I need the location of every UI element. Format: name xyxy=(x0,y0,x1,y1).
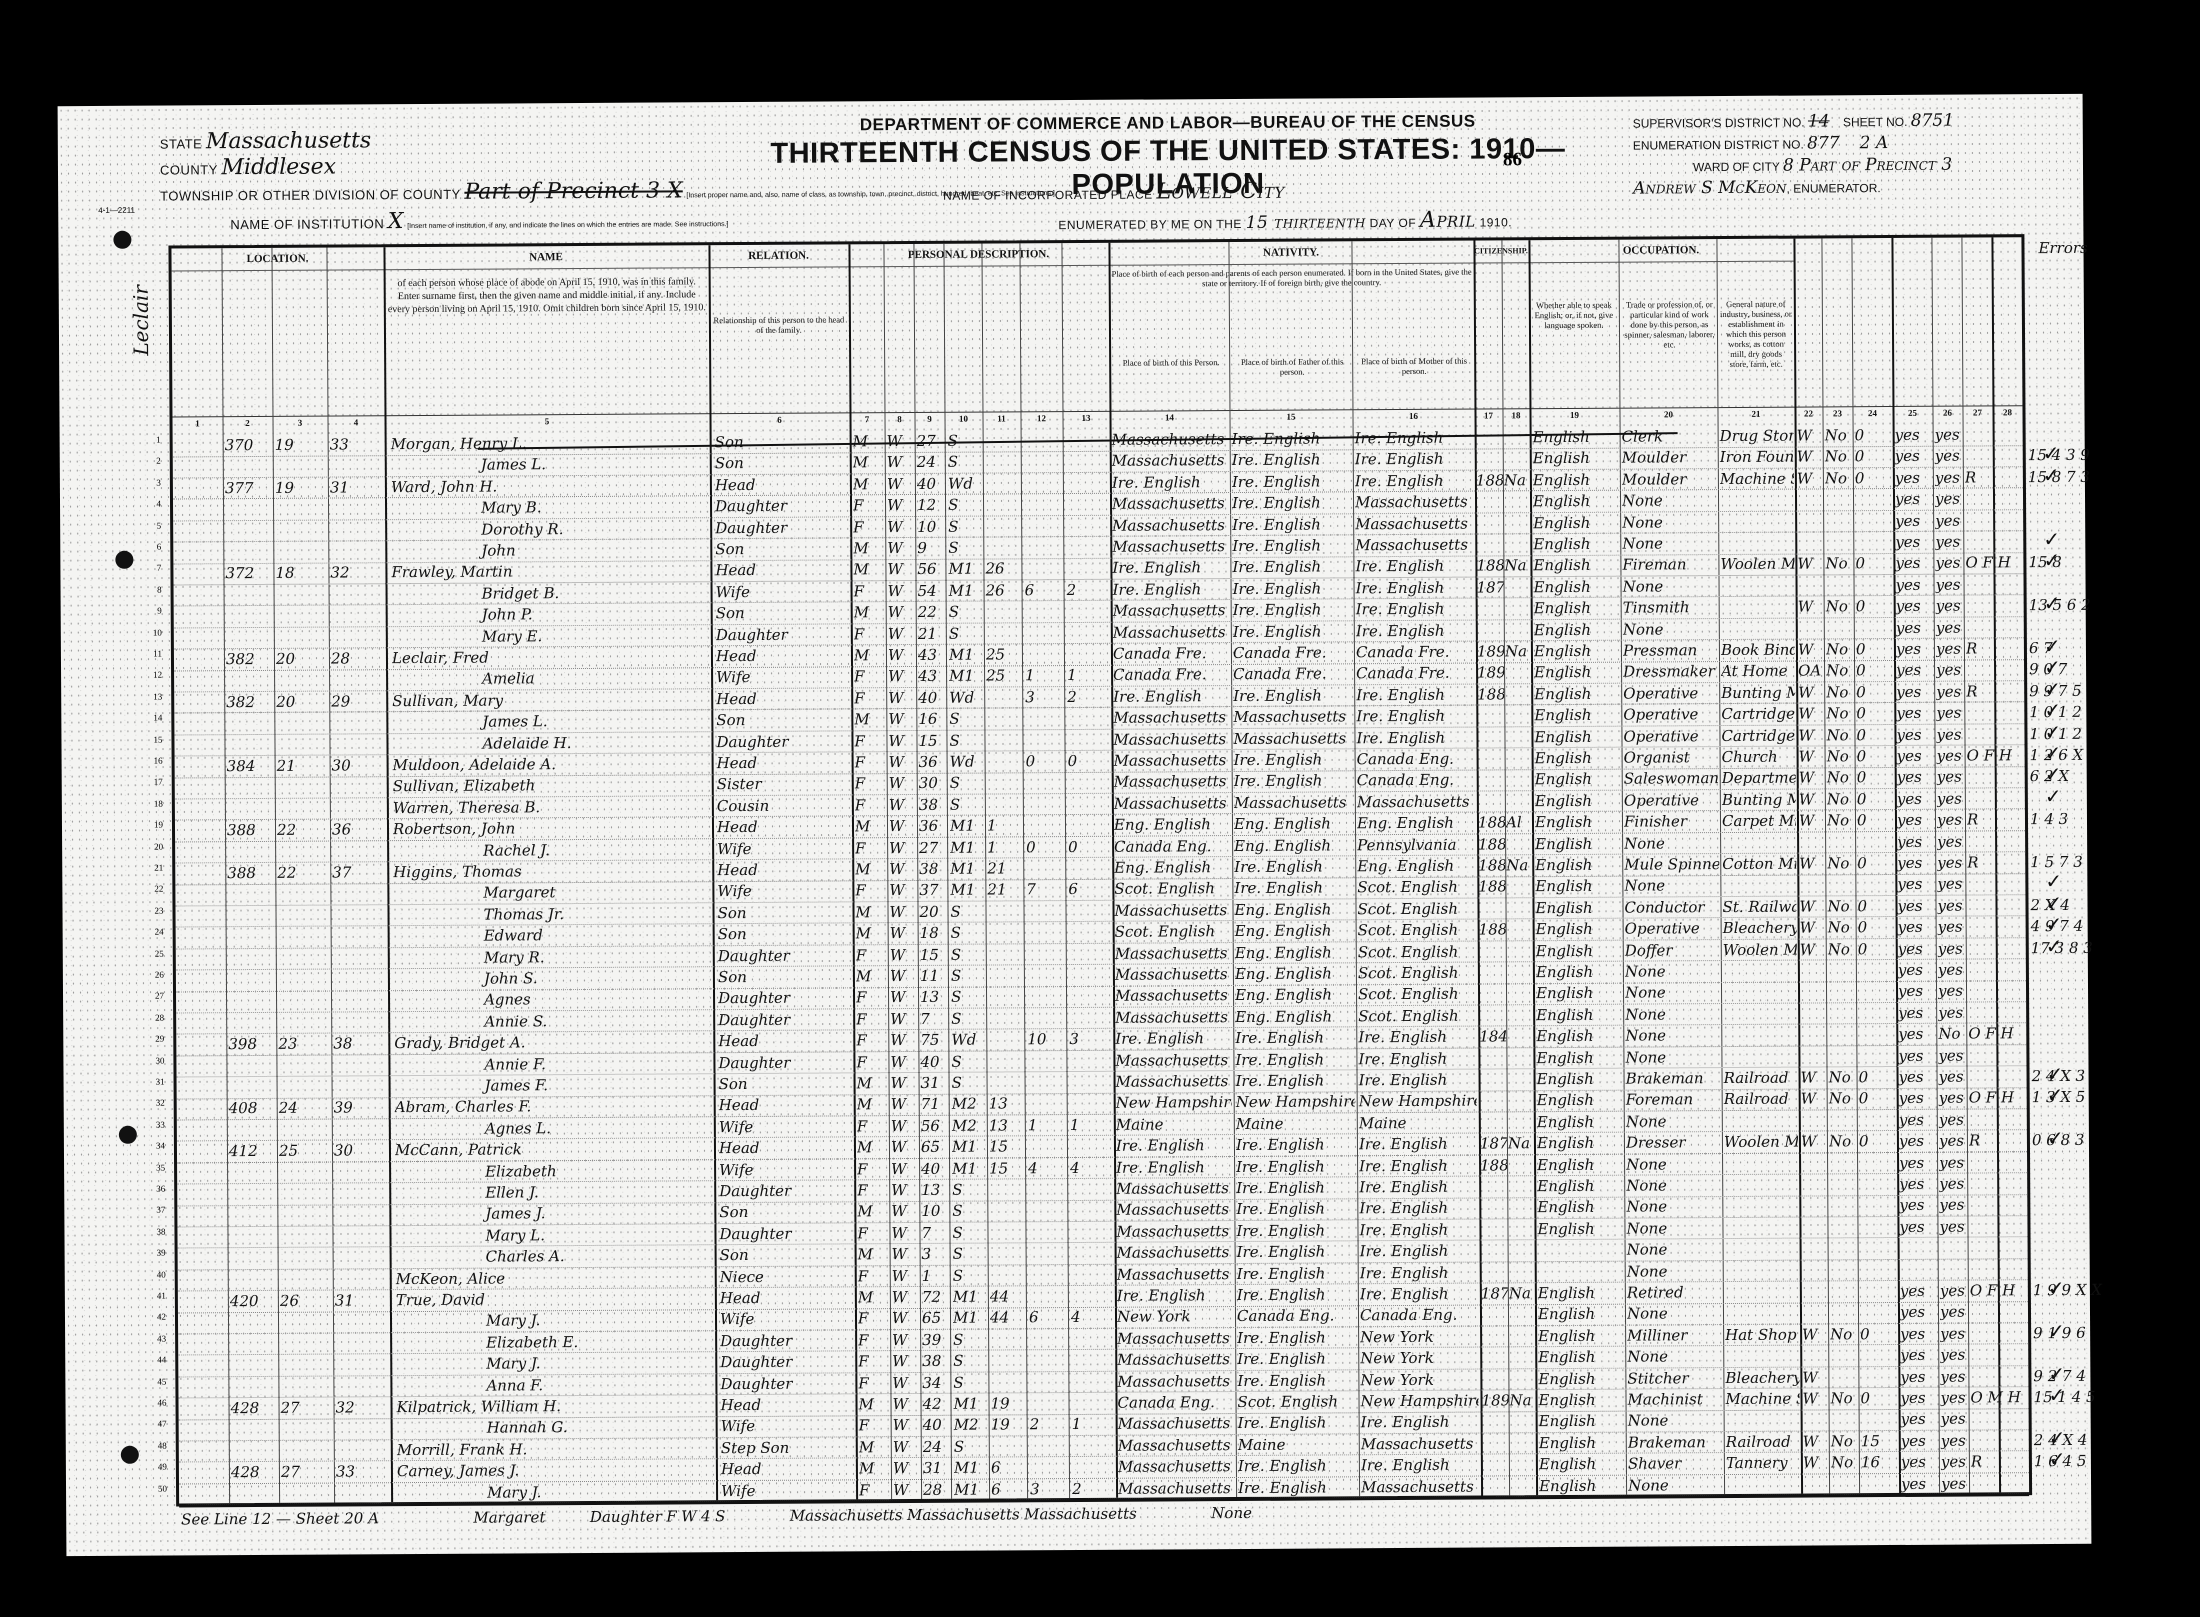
cell-own xyxy=(1966,659,2026,680)
cell-race: W xyxy=(887,558,913,579)
cell-emp: W xyxy=(1802,1323,1826,1344)
cell-rel: Head xyxy=(715,473,847,495)
cell-pob: Massachusetts xyxy=(1113,728,1229,750)
cell-read: yes xyxy=(1896,616,1932,637)
cell-sex: M xyxy=(855,815,885,836)
cell-sex: F xyxy=(855,794,885,815)
cell-race: W xyxy=(889,772,915,793)
cell-pob: Massachusetts xyxy=(1118,1477,1234,1499)
cell-ms: S xyxy=(949,622,982,643)
section-relation: RELATION. xyxy=(708,244,848,268)
cell-age: 9 xyxy=(917,537,943,558)
footer-extra-pob-father: Massachusetts xyxy=(907,1505,1020,1524)
cell-ms: S xyxy=(953,1371,986,1392)
cell-sex: F xyxy=(857,1115,887,1136)
cell-oow: No xyxy=(1827,788,1853,809)
cell-yrs: 1 xyxy=(987,836,1021,857)
cell-fam-b xyxy=(334,1182,386,1203)
footer-reference: See Line 12 — Sheet 20 A xyxy=(181,1509,379,1528)
line-number: 12 xyxy=(142,670,162,680)
cell-pob-m: Massachusetts xyxy=(1355,534,1473,556)
cell-sex: F xyxy=(858,1372,888,1393)
cell-ms: M1 xyxy=(952,1136,985,1157)
cell-race: W xyxy=(888,601,914,622)
cell-industry xyxy=(1724,1109,1798,1130)
cell-living: 1 xyxy=(1072,1413,1112,1434)
cell-fam-b xyxy=(331,626,383,647)
column-number: 10 xyxy=(944,414,982,428)
cell-living: 2 xyxy=(1066,579,1106,600)
cell-born xyxy=(1024,472,1060,493)
cell-rel: Daughter xyxy=(719,1179,851,1201)
cell-lang: English xyxy=(1536,982,1622,1004)
cell-codes: 1 4 3 xyxy=(2030,808,2140,830)
cell-read xyxy=(1900,1237,1936,1258)
cell-yrs xyxy=(990,1264,1024,1285)
cell-pob-m: Ire. English xyxy=(1355,576,1473,598)
cell-age: 27 xyxy=(919,836,945,857)
cell-race: W xyxy=(893,1436,919,1457)
column-number: 11 xyxy=(982,413,1020,427)
cell-pob-f: Ire. English xyxy=(1232,449,1351,471)
cell-lang: English xyxy=(1537,1110,1623,1132)
cell-yrs xyxy=(985,494,1019,515)
cell-write: yes xyxy=(1935,445,1963,466)
cell-dwell xyxy=(227,798,273,819)
cell-industry xyxy=(1721,617,1795,638)
cell-weeks xyxy=(1855,510,1891,531)
cell-codes xyxy=(2032,1193,2142,1215)
cell-sex: F xyxy=(858,1350,888,1371)
cell-sex: F xyxy=(854,730,884,751)
column-number: 1 xyxy=(173,418,223,432)
cell-ms: S xyxy=(951,1007,984,1028)
cell-pob-m: Canada Eng. xyxy=(1357,748,1475,770)
cell-nat xyxy=(1508,1090,1533,1111)
cell-emp xyxy=(1801,1216,1825,1237)
cell-read: yes xyxy=(1899,1109,1935,1130)
cell-living: 1 xyxy=(1070,1114,1110,1135)
cell-lang: English xyxy=(1535,768,1621,790)
cell-weeks xyxy=(1860,1366,1896,1387)
cell-oow xyxy=(1828,1023,1854,1044)
cell-weeks xyxy=(1859,1173,1895,1194)
cell-trade: None xyxy=(1626,1110,1721,1132)
cell-fam-a xyxy=(277,797,327,818)
cell-fam-a: 27 xyxy=(280,1397,330,1418)
cell-age: 36 xyxy=(919,751,945,772)
footer-extra-status: S xyxy=(715,1507,725,1525)
cell-own: O F H xyxy=(1968,1022,2028,1043)
header-right: SUPERVISOR'S DISTRICT NO. 14 SHEET NO. 8… xyxy=(1633,111,1955,201)
column-number: 3 xyxy=(272,418,327,432)
cell-trade: None xyxy=(1625,1003,1720,1025)
cell-yrs xyxy=(986,708,1020,729)
cell-pob: Massachusetts xyxy=(1114,770,1230,792)
cell-yrs: 21 xyxy=(987,857,1021,878)
cell-write: yes xyxy=(1940,1322,1968,1343)
cell-sex: M xyxy=(854,644,884,665)
cell-weeks: 0 xyxy=(1857,788,1893,809)
cell-weeks: 0 xyxy=(1856,659,1892,680)
cell-pob-m: Ire. English xyxy=(1361,1454,1479,1476)
cell-pob-m: Scot. English xyxy=(1357,897,1475,919)
state-label: STATE xyxy=(160,136,203,151)
cell-pob: New Hampshire xyxy=(1116,1091,1232,1113)
cell-oow: No xyxy=(1830,1387,1856,1408)
cell-yrs: 19 xyxy=(991,1414,1025,1435)
cell-write xyxy=(1940,1258,1968,1279)
cell-living xyxy=(1069,964,1109,985)
cell-living xyxy=(1069,1007,1109,1028)
cell-nat: Na xyxy=(1504,469,1529,490)
cell-emp xyxy=(1802,1259,1826,1280)
cell-age: 24 xyxy=(923,1436,949,1457)
cell-pob-m: Ire. English xyxy=(1359,1218,1477,1240)
cell-race: W xyxy=(889,901,915,922)
column-number: 22 xyxy=(1794,408,1822,422)
cell-pob-f: Canada Fre. xyxy=(1233,641,1352,663)
cell-born: 2 xyxy=(1030,1413,1066,1434)
cell-race: W xyxy=(888,708,914,729)
cell-imm xyxy=(1481,1261,1508,1282)
cell-dwell: 420 xyxy=(230,1290,276,1311)
footer-extra-name: Margaret xyxy=(473,1508,545,1526)
cell-pob-f: Ire. English xyxy=(1237,1240,1356,1262)
cell-nat xyxy=(1509,1346,1534,1367)
cell-read: yes xyxy=(1897,895,1933,916)
cell-born xyxy=(1028,1135,1064,1156)
binder-hole xyxy=(119,1126,137,1144)
cell-imm xyxy=(1482,1454,1509,1475)
cell-industry xyxy=(1724,1152,1798,1173)
cell-sex: F xyxy=(856,1029,886,1050)
cell-own xyxy=(1967,787,2027,808)
cell-pob-f: Massachusetts xyxy=(1233,705,1352,727)
line-number: 25 xyxy=(144,948,164,958)
cell-dwell xyxy=(228,947,274,968)
cell-sex: M xyxy=(853,452,883,473)
line-number: 26 xyxy=(144,970,164,980)
cell-lang: English xyxy=(1536,1046,1622,1068)
cell-own: R xyxy=(1967,808,2027,829)
cell-write: yes xyxy=(1937,852,1965,873)
cell-ms: M1 xyxy=(950,836,983,857)
cell-imm xyxy=(1477,705,1504,726)
cell-age: 11 xyxy=(920,965,946,986)
cell-dwell xyxy=(230,1333,276,1354)
cell-dwell xyxy=(230,1311,276,1332)
cell-age: 15 xyxy=(920,943,946,964)
cell-pob: Massachusetts xyxy=(1114,899,1230,921)
cell-race: W xyxy=(891,1222,917,1243)
cell-pob: Massachusetts xyxy=(1115,942,1231,964)
cell-name: Warren, Theresa B. xyxy=(393,795,708,818)
cell-fam-b xyxy=(332,776,384,797)
cell-read: yes xyxy=(1900,1280,1936,1301)
cell-imm xyxy=(1482,1411,1509,1432)
cell-write: No xyxy=(1938,1023,1966,1044)
cell-yrs: 13 xyxy=(989,1093,1023,1114)
cell-pob: Ire. English xyxy=(1116,1134,1232,1156)
cell-emp: W xyxy=(1800,917,1824,938)
cell-pob-m: Massachusetts xyxy=(1361,1475,1479,1497)
footer-note: See Line 12 — Sheet 20 A Margaret Daught… xyxy=(181,1504,1252,1530)
cell-sex: F xyxy=(854,623,884,644)
cell-age: 10 xyxy=(917,515,943,536)
cell-rel: Daughter xyxy=(720,1329,852,1351)
cell-race: W xyxy=(891,1136,917,1157)
cell-yrs xyxy=(988,943,1022,964)
cell-race: W xyxy=(892,1372,918,1393)
cell-dwell: 412 xyxy=(229,1140,275,1161)
column-number: 6 xyxy=(709,414,849,429)
cell-read: yes xyxy=(1900,1387,1936,1408)
cell-rel: Head xyxy=(719,1137,851,1159)
cell-oow xyxy=(1830,1302,1856,1323)
cell-fam-a: 19 xyxy=(275,476,325,497)
cell-trade: Dressmaker xyxy=(1623,660,1718,682)
cell-dwell xyxy=(231,1482,277,1503)
cell-living xyxy=(1068,793,1108,814)
cell-own xyxy=(1965,423,2025,444)
cell-pob-m: Massachusetts xyxy=(1355,491,1473,513)
cell-name: McKeon, Alice xyxy=(396,1266,711,1289)
cell-dwell xyxy=(226,733,272,754)
cell-trade: None xyxy=(1623,618,1718,640)
cell-own xyxy=(1970,1301,2030,1322)
column-number: 27 xyxy=(1962,407,1992,421)
column-number: 25 xyxy=(1892,408,1932,422)
cell-pob-m: Canada Fre. xyxy=(1356,641,1474,663)
cell-pob: Canada Eng. xyxy=(1117,1391,1233,1413)
cell-read: yes xyxy=(1900,1301,1936,1322)
cell-ms: M1 xyxy=(953,1286,986,1307)
cell-fam-a xyxy=(275,498,325,519)
cell-emp xyxy=(1802,1238,1826,1259)
cell-ms: M1 xyxy=(954,1478,987,1499)
cell-pob: Massachusetts xyxy=(1113,621,1229,643)
cell-born xyxy=(1029,1328,1065,1349)
cell-age: 42 xyxy=(922,1393,948,1414)
cell-fam-b: 29 xyxy=(331,690,383,711)
cell-emp: W xyxy=(1801,1088,1825,1109)
cell-sex: F xyxy=(857,1179,887,1200)
cell-lang: English xyxy=(1535,789,1621,811)
cell-fam-b xyxy=(333,990,385,1011)
cell-industry: Cotton Mill xyxy=(1722,853,1796,874)
line-number: 38 xyxy=(145,1226,165,1236)
cell-nat xyxy=(1508,1154,1533,1175)
cell-pob-f: Ire. English xyxy=(1234,748,1353,770)
cell-trade: None xyxy=(1622,489,1717,511)
line-number: 50 xyxy=(147,1483,167,1493)
cell-dwell xyxy=(226,605,272,626)
cell-imm xyxy=(1481,1368,1508,1389)
cell-lang: English xyxy=(1534,640,1620,662)
cell-weeks: 0 xyxy=(1855,424,1891,445)
cell-pob-m: Ire. English xyxy=(1356,705,1474,727)
cell-age: 20 xyxy=(919,901,945,922)
cell-race: W xyxy=(891,1200,917,1221)
cell-sex: F xyxy=(858,1329,888,1350)
cell-write: yes xyxy=(1941,1408,1969,1429)
cell-oow xyxy=(1825,574,1851,595)
cell-sex: M xyxy=(854,601,884,622)
cell-imm xyxy=(1482,1432,1509,1453)
cell-fam-b xyxy=(334,1075,386,1096)
cell-oow: No xyxy=(1827,852,1853,873)
cell-ms: S xyxy=(951,922,984,943)
cell-dwell xyxy=(226,584,272,605)
line-number: 19 xyxy=(143,820,163,830)
cell-yrs: 6 xyxy=(991,1457,1025,1478)
cell-living xyxy=(1071,1242,1111,1263)
cell-nat xyxy=(1509,1325,1534,1346)
cell-industry: Railroad xyxy=(1726,1430,1800,1451)
cell-born xyxy=(1029,1264,1065,1285)
institution-hint: [Insert name of institution, if any, and… xyxy=(407,221,728,230)
cell-race: W xyxy=(892,1243,918,1264)
cell-fam-b xyxy=(335,1311,387,1332)
cell-oow: No xyxy=(1826,681,1852,702)
cell-industry xyxy=(1722,874,1796,895)
cell-sex: M xyxy=(856,965,886,986)
cell-yrs xyxy=(986,686,1020,707)
form-code: 4-1—2211 xyxy=(98,206,135,215)
cell-fam-b: 30 xyxy=(332,754,384,775)
cell-rel: Daughter xyxy=(716,623,848,645)
cell-ms: S xyxy=(948,494,981,515)
cell-pob: Ire. English xyxy=(1112,471,1228,493)
line-number: 48 xyxy=(147,1440,167,1450)
cell-read: yes xyxy=(1897,873,1933,894)
cell-oow xyxy=(1831,1409,1857,1430)
cell-oow xyxy=(1830,1237,1856,1258)
cell-industry xyxy=(1723,960,1797,981)
cell-dwell: 382 xyxy=(226,648,272,669)
cell-pob-m: Scot. English xyxy=(1358,962,1476,984)
cell-yrs xyxy=(987,793,1021,814)
cell-age: 3 xyxy=(922,1243,948,1264)
cell-age: 37 xyxy=(919,879,945,900)
cell-weeks xyxy=(1858,980,1894,1001)
cell-own xyxy=(1968,1065,2028,1086)
cell-race: W xyxy=(893,1414,919,1435)
cell-weeks: 15 xyxy=(1861,1430,1897,1451)
cell-write: yes xyxy=(1936,638,1964,659)
line-number: 35 xyxy=(145,1162,165,1172)
cell-age: 38 xyxy=(919,794,945,815)
line-number: 13 xyxy=(142,691,162,701)
cell-dwell: 428 xyxy=(230,1397,276,1418)
cell-living xyxy=(1071,1349,1111,1370)
cell-nat xyxy=(1507,1047,1532,1068)
column-number: 9 xyxy=(914,414,944,428)
cell-imm xyxy=(1481,1304,1508,1325)
cell-fam-a xyxy=(279,1118,329,1139)
county-label: COUNTY xyxy=(160,162,218,177)
cell-dwell: 398 xyxy=(228,1033,274,1054)
enumerated-day: 15 thirteenth xyxy=(1246,212,1366,233)
cell-read: yes xyxy=(1898,1023,1934,1044)
cell-lang: English xyxy=(1534,661,1620,683)
cell-race: W xyxy=(891,1093,917,1114)
cell-ms: S xyxy=(948,430,981,451)
cell-write: yes xyxy=(1935,573,1963,594)
cell-rel: Head xyxy=(716,644,848,666)
cell-nat xyxy=(1504,533,1529,554)
cell-yrs: 26 xyxy=(985,579,1019,600)
cell-living xyxy=(1066,450,1106,471)
cell-pob: Massachusetts xyxy=(1117,1241,1233,1263)
cell-dwell: 388 xyxy=(227,862,273,883)
cell-race: W xyxy=(892,1329,918,1350)
cell-nat xyxy=(1507,918,1532,939)
cell-own xyxy=(1970,1236,2030,1257)
cell-read: yes xyxy=(1899,1130,1935,1151)
cell-oow xyxy=(1830,1344,1856,1365)
cell-living xyxy=(1072,1435,1112,1456)
cell-imm: 1874 xyxy=(1476,576,1503,597)
cell-dwell: 382 xyxy=(226,691,272,712)
cell-oow: No xyxy=(1826,638,1852,659)
cell-pob: Ire. English xyxy=(1113,685,1229,707)
cell-yrs xyxy=(989,1221,1023,1242)
cell-oow: No xyxy=(1825,446,1851,467)
cell-sex: M xyxy=(854,708,884,729)
cell-pob-m: Ire. English xyxy=(1361,1411,1479,1433)
cell-nat xyxy=(1510,1475,1535,1496)
cell-weeks: 0 xyxy=(1857,766,1893,787)
cell-ms: S xyxy=(950,793,983,814)
cell-race: W xyxy=(887,494,913,515)
cell-sex: M xyxy=(859,1457,889,1478)
cell-living xyxy=(1069,942,1109,963)
cell-oow xyxy=(1830,1280,1856,1301)
cell-sex: F xyxy=(857,1158,887,1179)
cell-pob-m: Ire. English xyxy=(1358,1047,1476,1069)
cell-trade: None xyxy=(1626,1153,1721,1175)
section-name: NAME xyxy=(383,245,708,270)
cell-pob: Canada Fre. xyxy=(1113,663,1229,685)
cell-emp: W xyxy=(1797,553,1821,574)
cell-ms: S xyxy=(949,708,982,729)
cell-pob: Massachusetts xyxy=(1117,1348,1233,1370)
cell-pob-f: Canada Eng. xyxy=(1237,1305,1356,1327)
cell-fam-a xyxy=(278,990,328,1011)
cell-fam-a xyxy=(278,1054,328,1075)
cell-emp: W xyxy=(1801,1131,1825,1152)
cell-sex: F xyxy=(859,1415,889,1436)
cell-nat xyxy=(1504,490,1529,511)
cell-read: yes xyxy=(1898,937,1934,958)
cell-fam-b xyxy=(330,455,382,476)
cell-ms: S xyxy=(954,1435,987,1456)
cell-emp: W xyxy=(1802,1366,1826,1387)
cell-imm xyxy=(1477,726,1504,747)
cell-race: W xyxy=(892,1350,918,1371)
cell-living xyxy=(1066,493,1106,514)
cell-age: 39 xyxy=(922,1329,948,1350)
cell-yrs: 13 xyxy=(989,1114,1023,1135)
cell-nat xyxy=(1507,1025,1532,1046)
cell-fam-b xyxy=(332,797,384,818)
cell-read: yes xyxy=(1898,1066,1934,1087)
cell-industry xyxy=(1725,1345,1799,1366)
cell-age: 30 xyxy=(919,772,945,793)
cell-race: W xyxy=(890,1051,916,1072)
